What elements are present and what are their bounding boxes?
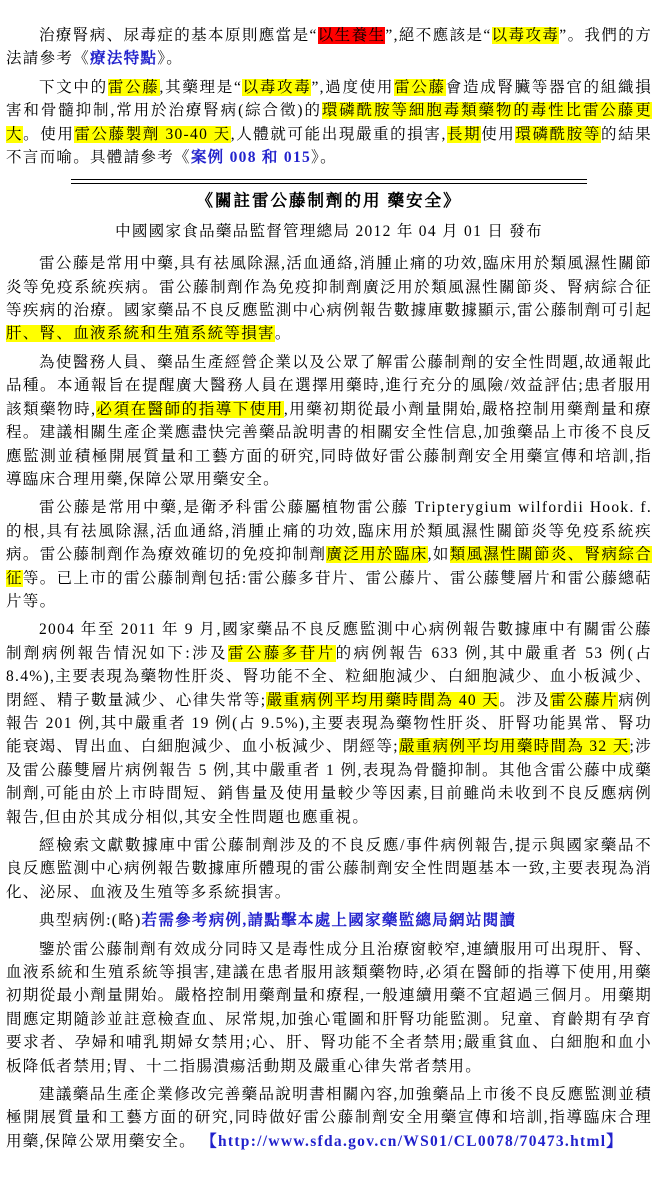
highlight-yellow: 肝、腎、血液系統和生殖系統等損害 — [6, 325, 275, 342]
text-run: 》。 — [157, 50, 183, 67]
text-run: 治療腎病、尿毒症的基本原則應當是“ — [39, 27, 318, 44]
highlight-red-yisheng-yangsheng: 以生養生 — [318, 27, 386, 44]
highlight-yellow: 雷公藤多苷片 — [228, 645, 336, 662]
highlight-yellow: 必須在醫師的指導下使用 — [96, 401, 284, 418]
text-run: ,人體就可能出現嚴重的損害, — [231, 126, 447, 143]
text-run: 《關註雷公藤制劑的用 藥安全》 — [196, 191, 461, 210]
notice-paragraph-purpose: 為使醫務人員、藥品生產經營企業以及公眾了解雷公藤制劑的安全性問題,故通報此品種。… — [6, 351, 652, 491]
notice-title: 《關註雷公藤制劑的用 藥安全》 — [6, 189, 652, 212]
notice-paragraph-botany: 雷公藤是常用中藥,是衛矛科雷公藤屬植物雷公藤 Tripterygium wilf… — [6, 496, 652, 613]
notice-paragraph-overview: 雷公藤是常用中藥,具有祛風除濕,活血通絡,消腫止痛的功效,臨床用於類風濕性關節炎… — [6, 252, 652, 346]
notice-paragraph-recommendations: 鑒於雷公藤制劑有效成分同時又是毒性成分且治療窗較窄,連續服用可出現肝、腎、血液系… — [6, 938, 652, 1078]
highlight-yellow: 雷公藤 — [394, 79, 446, 96]
text-run: 中國國家食品藥品監督管理總局 2012 年 04 月 01 日 發布 — [115, 223, 543, 240]
text-run: 經檢索文獻數據庫中雷公藤制劑涉及的不良反應/事件病例報告,提示與國家藥品不良反應… — [6, 837, 652, 901]
text-run: 下文中的 — [39, 79, 108, 96]
text-run: 等。已上市的雷公藤制劑包括:雷公藤多苷片、雷公藤片、雷公藤雙層片和雷公藤總萜片等… — [6, 570, 652, 610]
highlight-yellow: 以毒攻毒 — [492, 27, 560, 44]
notice-source-date: 中國國家食品藥品監督管理總局 2012 年 04 月 01 日 發布 — [6, 220, 652, 243]
highlight-yellow: 嚴重病例平均用藥時間為 32 天 — [399, 738, 630, 755]
link-sfda-url[interactable]: 【http://www.sfda.gov.cn/WS01/CL0078/7047… — [201, 1133, 623, 1150]
text-run: ,如 — [428, 546, 450, 563]
link-case-008-015[interactable]: 案例 008 和 015 — [191, 149, 311, 166]
text-run: 。 — [275, 325, 292, 342]
text-run: 。使用 — [23, 126, 74, 143]
text-run: ”,過度使用 — [311, 79, 394, 96]
notice-paragraph-literature: 經檢索文獻數據庫中雷公藤制劑涉及的不良反應/事件病例報告,提示與國家藥品不良反應… — [6, 834, 652, 904]
text-run: ”,絕不應該是“ — [385, 27, 491, 44]
highlight-yellow: 雷公藤片 — [550, 692, 618, 709]
section-divider — [71, 179, 587, 184]
highlight-yellow: 廣泛用於臨床 — [326, 546, 427, 563]
text-run: ,其藥理是“ — [160, 79, 243, 96]
highlight-yellow: 雷公藤 — [108, 79, 160, 96]
highlight-yellow: 長期 — [447, 126, 482, 143]
document-page: 治療腎病、尿毒症的基本原則應當是“以生養生”,絕不應該是“以毒攻毒”。我們的方法… — [0, 0, 658, 1177]
document-body: 治療腎病、尿毒症的基本原則應當是“以生養生”,絕不應該是“以毒攻毒”。我們的方法… — [6, 24, 652, 1153]
highlight-yellow: 環磷酰胺等 — [515, 126, 601, 143]
link-view-cases-on-sfda-site[interactable]: 若需參考病例,請點擊本處上國家藥監總局網站閱讀 — [142, 912, 517, 929]
highlight-yellow: 以毒攻毒 — [242, 79, 311, 96]
intro-paragraph-2: 下文中的雷公藤,其藥理是“以毒攻毒”,過度使用雷公藤會造成腎臟等器官的組織損害和… — [6, 76, 652, 170]
text-run: 典型病例:(略) — [39, 912, 142, 929]
highlight-yellow: 嚴重病例平均用藥時間為 40 天 — [266, 692, 499, 709]
notice-paragraph-typical-cases: 典型病例:(略)若需參考病例,請點擊本處上國家藥監總局網站閱讀 — [6, 909, 652, 932]
notice-paragraph-closing: 建議藥品生產企業修改完善藥品說明書相關內容,加強藥品上市後不良反應監測並積極開展… — [6, 1083, 652, 1153]
text-run: 鑒於雷公藤制劑有效成分同時又是毒性成分且治療窗較窄,連續服用可出現肝、腎、血液系… — [6, 941, 652, 1075]
highlight-yellow: 雷公藤製劑 30-40 天 — [74, 126, 230, 143]
link-therapy-features[interactable]: 療法特點 — [90, 50, 157, 67]
text-run: 雷公藤是常用中藥,具有祛風除濕,活血通絡,消腫止痛的功效,臨床用於類風濕性關節炎… — [6, 255, 652, 319]
text-run: 。涉及 — [499, 692, 550, 709]
intro-paragraph-1: 治療腎病、尿毒症的基本原則應當是“以生養生”,絕不應該是“以毒攻毒”。我們的方法… — [6, 24, 652, 71]
notice-paragraph-case-statistics: 2004 年至 2011 年 9 月,國家藥品不良反應監測中心病例報告數據庫中有… — [6, 618, 652, 829]
text-run: 使用 — [481, 126, 515, 143]
text-run: 》。 — [311, 149, 337, 166]
